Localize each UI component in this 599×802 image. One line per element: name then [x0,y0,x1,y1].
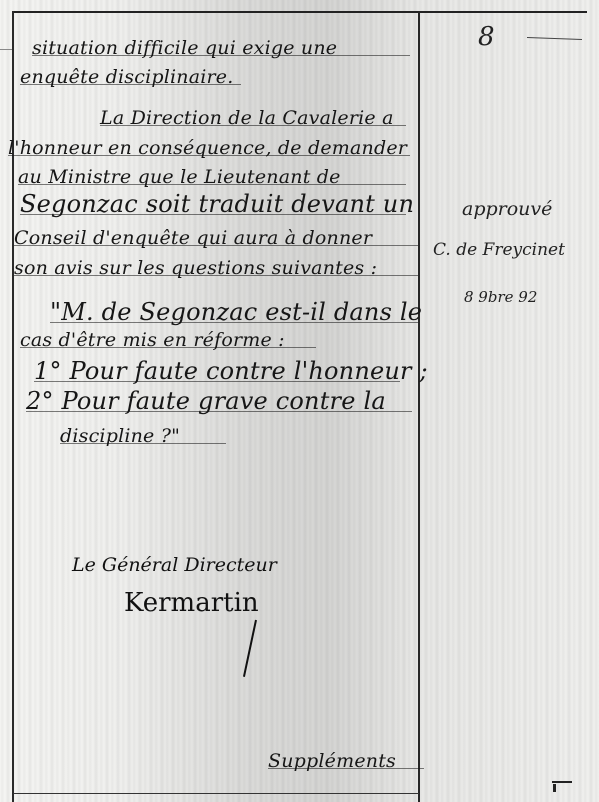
body-line-13: discipline ?" [60,425,220,447]
fold-tick [0,49,12,50]
document-page: 8 situation difficile qui exige une enqu… [0,0,599,802]
body-line-5: au Ministre que le Lieutenant de [18,166,400,188]
signature-name: Kermartin [124,588,259,618]
body-line-8: son avis sur les questions suivantes : [14,257,412,279]
body-line-10: cas d'être mis en réforme : [20,329,310,351]
margin-approval: approuvé [462,198,552,220]
body-line-6: Segonzac soit traduit devant un [20,190,400,218]
body-line-1: situation difficile qui exige une [32,37,404,59]
footer-word: Suppléments [268,750,418,772]
frame-left-border [12,11,14,802]
corner-mark-dot [553,784,556,792]
page-number: 8 [478,22,495,52]
body-line-11: 1° Pour faute contre l'honneur ; [34,357,394,385]
body-line-7: Conseil d'enquête qui aura à donner [14,227,412,249]
frame-top-border [13,11,587,13]
signature-flourish [243,620,257,677]
body-line-3: La Direction de la Cavalerie a [100,107,400,129]
margin-signature: C. de Freycinet [433,240,565,260]
margin-rule [527,37,582,40]
body-line-9: "M. de Segonzac est-il dans le [50,298,412,326]
signature-title: Le Général Directeur [72,554,277,576]
margin-divider [418,11,420,802]
body-line-2: enquête disciplinaire. [20,66,235,88]
body-line-4: l'honneur en conséquence, de demander [8,137,404,159]
margin-date: 8 9bre 92 [464,288,537,306]
corner-mark [552,781,572,783]
frame-bottom-border [13,793,419,794]
body-line-12: 2° Pour faute grave contre la [26,387,406,415]
